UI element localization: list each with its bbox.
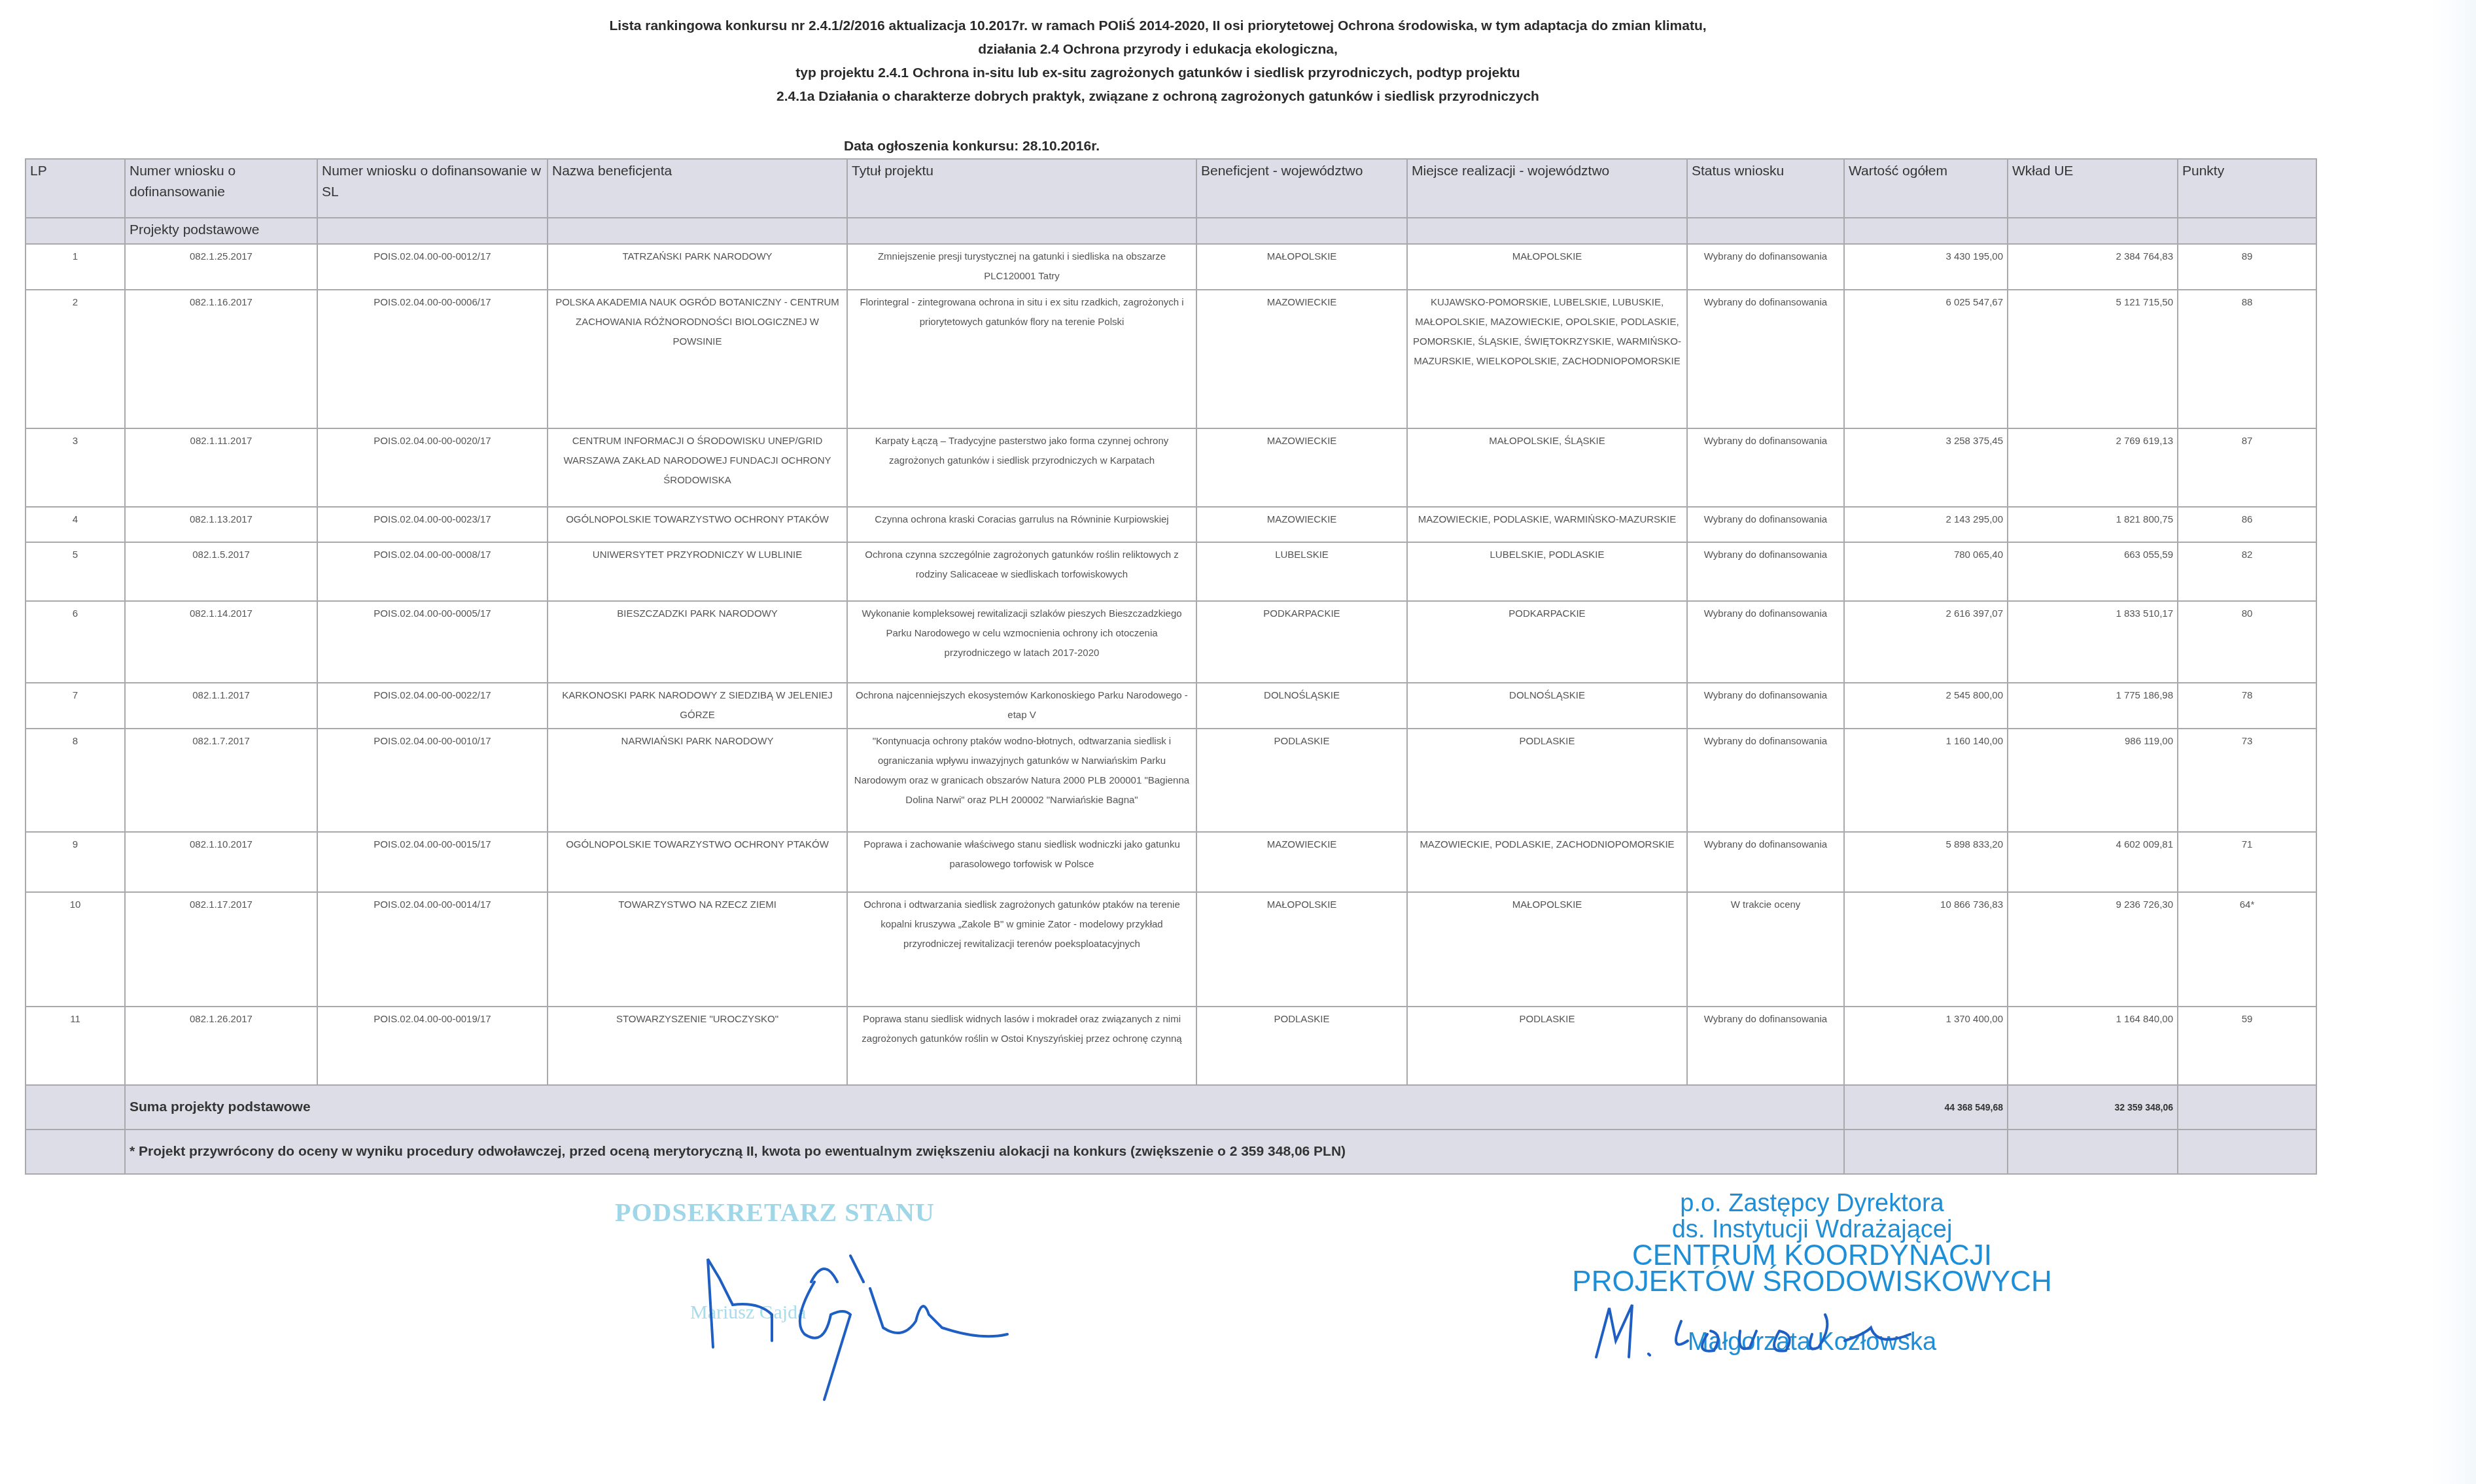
cell-lp: 5 (26, 542, 125, 601)
cell-beneficiary: KARKONOSKI PARK NARODOWY Z SIEDZIBĄ W JE… (548, 683, 847, 729)
right-stamp-line-3: CENTRUM KOORDYNACJI (1544, 1243, 2080, 1269)
cell-sl-number: POIS.02.04.00-00-0005/17 (317, 601, 548, 683)
cell-status: Wybrany do dofinansowania (1687, 290, 1844, 428)
cell-total-value: 1 370 400,00 (1844, 1007, 2008, 1085)
cell-sl-number: POIS.02.04.00-00-0023/17 (317, 507, 548, 542)
cell-lp: 3 (26, 428, 125, 507)
cell-eu-contribution: 1 821 800,75 (2008, 507, 2178, 542)
table-row: 5082.1.5.2017POIS.02.04.00-00-0008/17UNI… (26, 542, 2316, 601)
cell-project-title: Zmniejszenie presji turystycznej na gatu… (847, 244, 1196, 290)
section-label: Projekty podstawowe (125, 218, 317, 244)
right-stamp-line-1: p.o. Zastępcy Dyrektora (1544, 1190, 2080, 1217)
title-line-2: działania 2.4 Ochrona przyrody i edukacj… (0, 38, 2316, 61)
cell-points: 80 (2178, 601, 2316, 683)
left-stamp-title: PODSEKRETARZ STANU (615, 1197, 935, 1228)
cell-points: 78 (2178, 683, 2316, 729)
cell-total-value: 1 160 140,00 (1844, 729, 2008, 832)
cell-beneficiary-voivodeship: MAŁOPOLSKIE (1196, 892, 1407, 1007)
summary-total-value: 44 368 549,68 (1844, 1085, 2008, 1130)
col-beneficiary-voivodeship: Beneficjent - województwo (1196, 159, 1407, 218)
cell-beneficiary-voivodeship: MAZOWIECKIE (1196, 290, 1407, 428)
cell-sl-number: POIS.02.04.00-00-0014/17 (317, 892, 548, 1007)
scan-edge (2430, 0, 2476, 1484)
cell-beneficiary-voivodeship: MAŁOPOLSKIE (1196, 244, 1407, 290)
cell-sl-number: POIS.02.04.00-00-0012/17 (317, 244, 548, 290)
cell-beneficiary: NARWIAŃSKI PARK NARODOWY (548, 729, 847, 832)
cell-beneficiary: CENTRUM INFORMACJI O ŚRODOWISKU UNEP/GRI… (548, 428, 847, 507)
cell-app-number: 082.1.14.2017 (125, 601, 317, 683)
cell-eu-contribution: 1 164 840,00 (2008, 1007, 2178, 1085)
cell-beneficiary-voivodeship: PODKARPACKIE (1196, 601, 1407, 683)
cell-lp: 2 (26, 290, 125, 428)
cell-app-number: 082.1.11.2017 (125, 428, 317, 507)
summary-row: Suma projekty podstawowe 44 368 549,68 3… (26, 1085, 2316, 1130)
cell-total-value: 6 025 547,67 (1844, 290, 2008, 428)
cell-app-number: 082.1.16.2017 (125, 290, 317, 428)
cell-points: 88 (2178, 290, 2316, 428)
cell-app-number: 082.1.7.2017 (125, 729, 317, 832)
table-row: 4082.1.13.2017POIS.02.04.00-00-0023/17OG… (26, 507, 2316, 542)
section-row: Projekty podstawowe (26, 218, 2316, 244)
cell-total-value: 3 430 195,00 (1844, 244, 2008, 290)
cell-eu-contribution: 2 769 619,13 (2008, 428, 2178, 507)
cell-status: Wybrany do dofinansowania (1687, 601, 1844, 683)
cell-lp: 4 (26, 507, 125, 542)
summary-label: Suma projekty podstawowe (125, 1085, 1844, 1130)
cell-location: PODLASKIE (1407, 729, 1687, 832)
table-row: 3082.1.11.2017POIS.02.04.00-00-0020/17CE… (26, 428, 2316, 507)
cell-total-value: 2 545 800,00 (1844, 683, 2008, 729)
right-stamp-line-4: PROJEKTÓW ŚRODOWISKOWYCH (1544, 1269, 2080, 1295)
cell-lp: 1 (26, 244, 125, 290)
cell-sl-number: POIS.02.04.00-00-0015/17 (317, 832, 548, 892)
cell-beneficiary: STOWARZYSZENIE "UROCZYSKO" (548, 1007, 847, 1085)
title-line-1: Lista rankingowa konkursu nr 2.4.1/2/201… (0, 14, 2316, 38)
cell-status: Wybrany do dofinansowania (1687, 542, 1844, 601)
cell-status: Wybrany do dofinansowania (1687, 1007, 1844, 1085)
cell-points: 82 (2178, 542, 2316, 601)
cell-lp: 8 (26, 729, 125, 832)
cell-eu-contribution: 9 236 726,30 (2008, 892, 2178, 1007)
cell-status: Wybrany do dofinansowania (1687, 244, 1844, 290)
cell-status: Wybrany do dofinansowania (1687, 729, 1844, 832)
col-points: Punkty (2178, 159, 2316, 218)
cell-status: W trakcie oceny (1687, 892, 1844, 1007)
col-eu-contribution: Wkład UE (2008, 159, 2178, 218)
cell-location: MAŁOPOLSKIE (1407, 892, 1687, 1007)
cell-sl-number: POIS.02.04.00-00-0020/17 (317, 428, 548, 507)
table-row: 1082.1.25.2017POIS.02.04.00-00-0012/17TA… (26, 244, 2316, 290)
cell-points: 64* (2178, 892, 2316, 1007)
col-app-number: Numer wniosku o dofinansowanie (125, 159, 317, 218)
col-title: Tytuł projektu (847, 159, 1196, 218)
cell-location: LUBELSKIE, PODLASKIE (1407, 542, 1687, 601)
cell-project-title: Czynna ochrona kraski Coracias garrulus … (847, 507, 1196, 542)
cell-points: 71 (2178, 832, 2316, 892)
col-sl-number: Numer wniosku o dofinansowanie w SL (317, 159, 548, 218)
cell-total-value: 3 258 375,45 (1844, 428, 2008, 507)
signature-right (1583, 1295, 1923, 1367)
cell-beneficiary: OGÓLNOPOLSKIE TOWARZYSTWO OCHRONY PTAKÓW (548, 507, 847, 542)
cell-sl-number: POIS.02.04.00-00-0019/17 (317, 1007, 548, 1085)
cell-project-title: Karpaty Łączą – Tradycyjne pasterstwo ja… (847, 428, 1196, 507)
cell-points: 89 (2178, 244, 2316, 290)
cell-eu-contribution: 4 602 009,81 (2008, 832, 2178, 892)
cell-beneficiary: UNIWERSYTET PRZYRODNICZY W LUBLINIE (548, 542, 847, 601)
cell-lp: 7 (26, 683, 125, 729)
col-beneficiary: Nazwa beneficjenta (548, 159, 847, 218)
cell-project-title: "Kontynuacja ochrony ptaków wodno-błotny… (847, 729, 1196, 832)
cell-beneficiary-voivodeship: LUBELSKIE (1196, 542, 1407, 601)
cell-total-value: 2 143 295,00 (1844, 507, 2008, 542)
table-row: 9082.1.10.2017POIS.02.04.00-00-0015/17OG… (26, 832, 2316, 892)
cell-project-title: Ochrona czynna szczególnie zagrożonych g… (847, 542, 1196, 601)
cell-beneficiary: POLSKA AKADEMIA NAUK OGRÓD BOTANICZNY - … (548, 290, 847, 428)
cell-location: PODLASKIE (1407, 1007, 1687, 1085)
table-row: 11082.1.26.2017POIS.02.04.00-00-0019/17S… (26, 1007, 2316, 1085)
cell-location: MAŁOPOLSKIE (1407, 244, 1687, 290)
cell-app-number: 082.1.17.2017 (125, 892, 317, 1007)
cell-eu-contribution: 1 775 186,98 (2008, 683, 2178, 729)
cell-project-title: Poprawa stanu siedlisk widnych lasów i m… (847, 1007, 1196, 1085)
cell-beneficiary-voivodeship: MAZOWIECKIE (1196, 832, 1407, 892)
cell-app-number: 082.1.5.2017 (125, 542, 317, 601)
cell-eu-contribution: 5 121 715,50 (2008, 290, 2178, 428)
cell-app-number: 082.1.10.2017 (125, 832, 317, 892)
cell-location: MAZOWIECKIE, PODLASKIE, ZACHODNIOPOMORSK… (1407, 832, 1687, 892)
cell-app-number: 082.1.1.2017 (125, 683, 317, 729)
cell-status: Wybrany do dofinansowania (1687, 683, 1844, 729)
cell-status: Wybrany do dofinansowania (1687, 832, 1844, 892)
footnote: * Projekt przywrócony do oceny w wyniku … (125, 1130, 1844, 1174)
announcement-date: Data ogłoszenia konkursu: 28.10.2016r. (844, 139, 1100, 154)
cell-beneficiary-voivodeship: PODLASKIE (1196, 1007, 1407, 1085)
cell-total-value: 2 616 397,07 (1844, 601, 2008, 683)
cell-beneficiary-voivodeship: MAZOWIECKIE (1196, 428, 1407, 507)
cell-total-value: 10 866 736,83 (1844, 892, 2008, 1007)
cell-location: MAZOWIECKIE, PODLASKIE, WARMIŃSKO-MAZURS… (1407, 507, 1687, 542)
document-title: Lista rankingowa konkursu nr 2.4.1/2/201… (0, 14, 2316, 109)
header-row: LP Numer wniosku o dofinansowanie Numer … (26, 159, 2316, 218)
signature-left (693, 1243, 1119, 1413)
col-location: Miejsce realizacji - województwo (1407, 159, 1687, 218)
cell-location: KUJAWSKO-POMORSKIE, LUBELSKIE, LUBUSKIE,… (1407, 290, 1687, 428)
cell-eu-contribution: 663 055,59 (2008, 542, 2178, 601)
right-stamp-line-2: ds. Instytucji Wdrażającej (1544, 1217, 2080, 1243)
cell-project-title: Ochrona najcenniejszych ekosystemów Kark… (847, 683, 1196, 729)
cell-sl-number: POIS.02.04.00-00-0008/17 (317, 542, 548, 601)
cell-location: PODKARPACKIE (1407, 601, 1687, 683)
ranking-table: LP Numer wniosku o dofinansowanie Numer … (25, 158, 2317, 1175)
cell-project-title: Florintegral - zintegrowana ochrona in s… (847, 290, 1196, 428)
cell-points: 87 (2178, 428, 2316, 507)
cell-total-value: 5 898 833,20 (1844, 832, 2008, 892)
col-lp: LP (26, 159, 125, 218)
cell-eu-contribution: 2 384 764,83 (2008, 244, 2178, 290)
cell-sl-number: POIS.02.04.00-00-0006/17 (317, 290, 548, 428)
table-row: 6082.1.14.2017POIS.02.04.00-00-0005/17BI… (26, 601, 2316, 683)
cell-beneficiary-voivodeship: PODLASKIE (1196, 729, 1407, 832)
cell-project-title: Poprawa i zachowanie właściwego stanu si… (847, 832, 1196, 892)
cell-status: Wybrany do dofinansowania (1687, 507, 1844, 542)
cell-beneficiary: TATRZAŃSKI PARK NARODOWY (548, 244, 847, 290)
cell-lp: 10 (26, 892, 125, 1007)
footnote-row: * Projekt przywrócony do oceny w wyniku … (26, 1130, 2316, 1174)
cell-sl-number: POIS.02.04.00-00-0010/17 (317, 729, 548, 832)
cell-beneficiary: BIESZCZADZKI PARK NARODOWY (548, 601, 847, 683)
cell-points: 59 (2178, 1007, 2316, 1085)
cell-app-number: 082.1.13.2017 (125, 507, 317, 542)
cell-lp: 9 (26, 832, 125, 892)
col-total-value: Wartość ogółem (1844, 159, 2008, 218)
cell-eu-contribution: 1 833 510,17 (2008, 601, 2178, 683)
cell-total-value: 780 065,40 (1844, 542, 2008, 601)
cell-app-number: 082.1.26.2017 (125, 1007, 317, 1085)
cell-eu-contribution: 986 119,00 (2008, 729, 2178, 832)
table-row: 8082.1.7.2017POIS.02.04.00-00-0010/17NAR… (26, 729, 2316, 832)
cell-beneficiary-voivodeship: MAZOWIECKIE (1196, 507, 1407, 542)
cell-project-title: Wykonanie kompleksowej rewitalizacji szl… (847, 601, 1196, 683)
cell-points: 86 (2178, 507, 2316, 542)
cell-beneficiary-voivodeship: DOLNOŚLĄSKIE (1196, 683, 1407, 729)
cell-points: 73 (2178, 729, 2316, 832)
table-row: 10082.1.17.2017POIS.02.04.00-00-0014/17T… (26, 892, 2316, 1007)
cell-lp: 11 (26, 1007, 125, 1085)
cell-project-title: Ochrona i odtwarzania siedlisk zagrożony… (847, 892, 1196, 1007)
cell-app-number: 082.1.25.2017 (125, 244, 317, 290)
cell-location: DOLNOŚLĄSKIE (1407, 683, 1687, 729)
cell-beneficiary: OGÓLNOPOLSKIE TOWARZYSTWO OCHRONY PTAKÓW (548, 832, 847, 892)
cell-sl-number: POIS.02.04.00-00-0022/17 (317, 683, 548, 729)
cell-beneficiary: TOWARZYSTWO NA RZECZ ZIEMI (548, 892, 847, 1007)
table-row: 2082.1.16.2017POIS.02.04.00-00-0006/17PO… (26, 290, 2316, 428)
title-line-4: 2.4.1a Działania o charakterze dobrych p… (0, 85, 2316, 109)
title-line-3: typ projektu 2.4.1 Ochrona in-situ lub e… (0, 61, 2316, 85)
cell-location: MAŁOPOLSKIE, ŚLĄSKIE (1407, 428, 1687, 507)
col-status: Status wniosku (1687, 159, 1844, 218)
cell-lp: 6 (26, 601, 125, 683)
table-row: 7082.1.1.2017POIS.02.04.00-00-0022/17KAR… (26, 683, 2316, 729)
summary-eu-contribution: 32 359 348,06 (2008, 1085, 2178, 1130)
cell-status: Wybrany do dofinansowania (1687, 428, 1844, 507)
